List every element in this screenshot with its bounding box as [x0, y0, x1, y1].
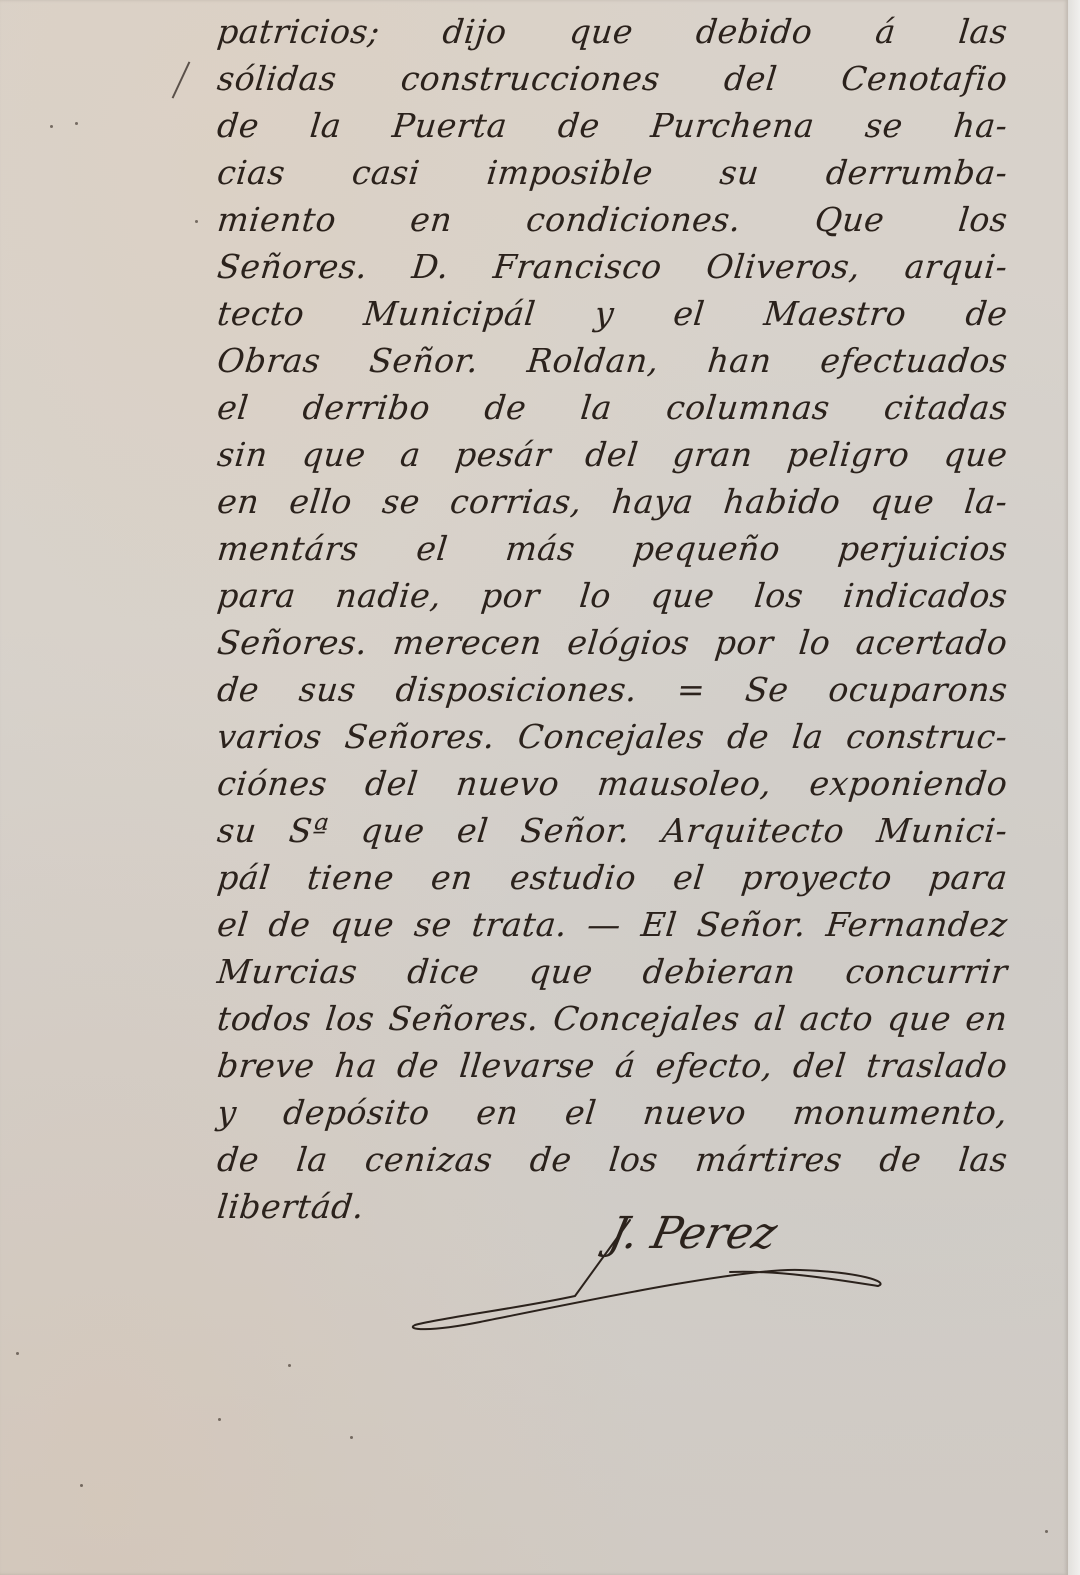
manuscript-text: patricios; dijo que debido á las sólidas… — [215, 8, 1005, 1230]
paper-speck — [218, 1418, 221, 1421]
page-edge-background — [1068, 0, 1080, 1575]
paper-speck — [195, 220, 198, 223]
paper-speck — [50, 125, 53, 128]
signature-flourish — [400, 1190, 900, 1340]
text-line: cias casi imposible su derrumba- — [215, 149, 1010, 196]
text-line: tecto Municipál y el Maestro de — [215, 290, 1010, 337]
text-line: Obras Señor. Roldan, han efectuados — [215, 337, 1010, 384]
text-line: pál tiene en estudio el proyecto para — [215, 854, 1010, 901]
signature: J. Perez — [400, 1190, 900, 1340]
text-line: en ello se corrias, haya habido que la- — [215, 478, 1010, 525]
text-line: varios Señores. Concejales de la constru… — [215, 713, 1010, 760]
paper-speck — [75, 122, 78, 125]
text-line: mentárs el más pequeño perjuicios — [215, 525, 1010, 572]
text-line: para nadie, por lo que los indicados — [215, 572, 1010, 619]
text-line: Señores. merecen elógios por lo acertado — [215, 619, 1010, 666]
text-line: de sus disposiciones. = Se ocuparons — [215, 666, 1010, 713]
text-line: breve ha de llevarse á efecto, del trasl… — [215, 1042, 1010, 1089]
text-line: Murcias dice que debieran concurrir — [215, 948, 1010, 995]
text-line: y depósito en el nuevo monumento, — [215, 1089, 1010, 1136]
text-line: de la cenizas de los mártires de las — [215, 1136, 1010, 1183]
paper-speck — [80, 1484, 83, 1487]
text-line: todos los Señores. Concejales al acto qu… — [215, 995, 1010, 1042]
text-line: de la Puerta de Purchena se ha- — [215, 102, 1010, 149]
text-line: el derribo de la columnas citadas — [215, 384, 1010, 431]
text-line: su Sª que el Señor. Arquitecto Munici- — [215, 807, 1010, 854]
paper-speck — [350, 1436, 353, 1439]
text-line: sólidas construcciones del Cenotafio — [215, 55, 1010, 102]
text-line: el de que se trata. — El Señor. Fernande… — [215, 901, 1010, 948]
paper-speck — [16, 1352, 19, 1355]
paper-speck — [288, 1364, 291, 1367]
text-line: miento en condiciones. Que los — [215, 196, 1010, 243]
text-line: ciónes del nuevo mausoleo, exponiendo — [215, 760, 1010, 807]
text-line: patricios; dijo que debido á las — [215, 8, 1010, 55]
text-line: Señores. D. Francisco Oliveros, arqui- — [215, 243, 1010, 290]
text-line: sin que a pesár del gran peligro que — [215, 431, 1010, 478]
paper-speck — [1045, 1530, 1048, 1533]
